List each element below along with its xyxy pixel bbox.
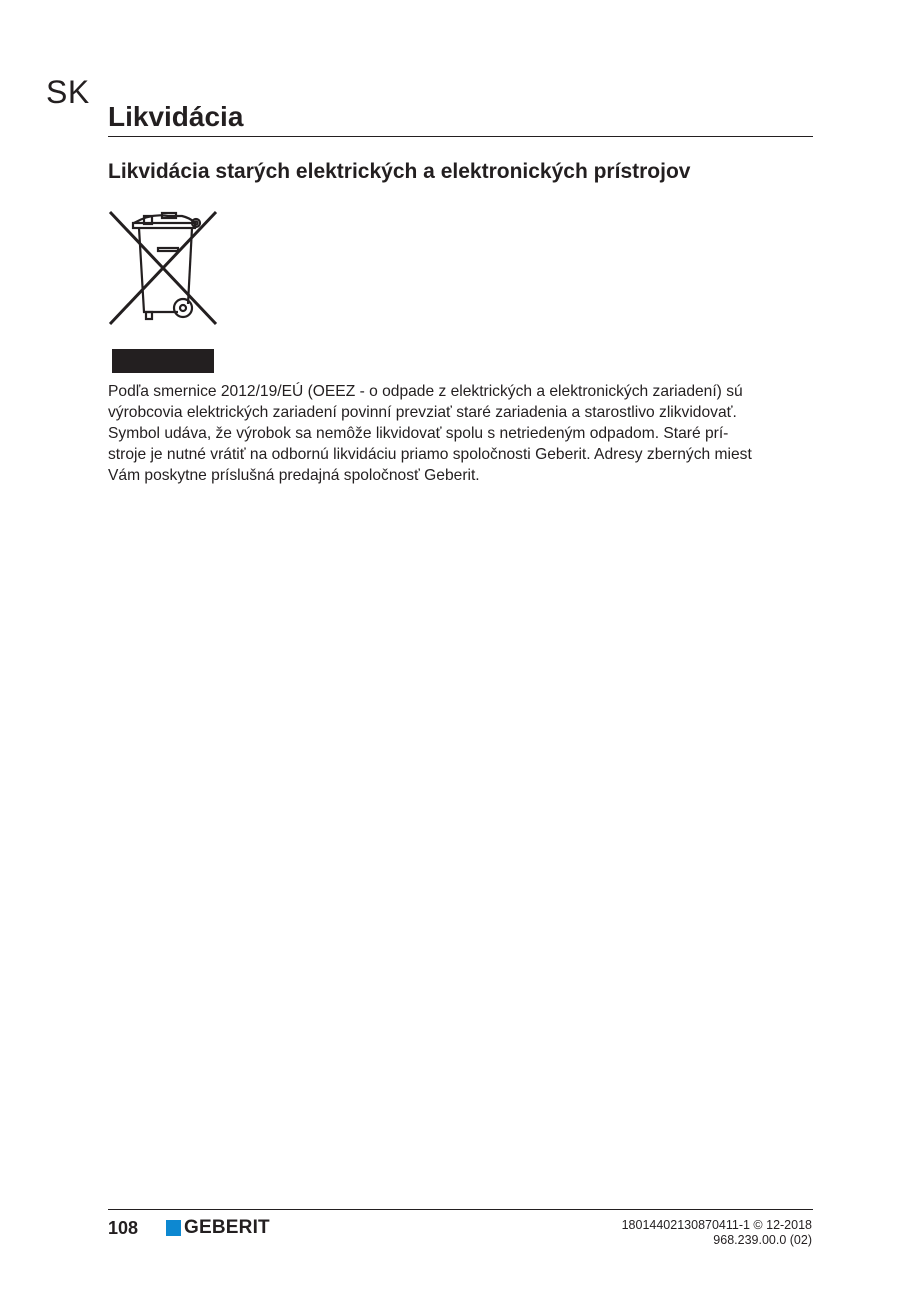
logo-square-icon [166, 1220, 181, 1236]
page-number: 108 [108, 1218, 138, 1239]
paragraph-line: Symbol udáva, že výrobok sa nemôže likvi… [108, 423, 818, 444]
language-code: SK [46, 76, 90, 108]
paragraph-line: Vám poskytne príslušná predajná spoločno… [108, 465, 818, 486]
brand-name: GEBERIT [184, 1218, 270, 1237]
footer-divider [108, 1209, 813, 1210]
section-title: Likvidácia starých elektrických a elektr… [108, 160, 690, 183]
crossed-out-wheelie-bin-icon [106, 208, 220, 330]
paragraph-line: Podľa smernice 2012/19/EÚ (OEEZ - o odpa… [108, 381, 818, 402]
weee-marking-bar [112, 349, 214, 373]
disposal-paragraph: Podľa smernice 2012/19/EÚ (OEEZ - o odpa… [108, 381, 818, 486]
document-info: 18014402130870411-1 © 12-2018 968.239.00… [622, 1218, 812, 1248]
paragraph-line: stroje je nutné vrátiť na odbornú likvid… [108, 444, 818, 465]
document-id: 18014402130870411-1 © 12-2018 [622, 1218, 812, 1233]
paragraph-line: výrobcovia elektrických zariadení povinn… [108, 402, 818, 423]
geberit-logo: GEBERIT [166, 1218, 270, 1237]
document-number: 968.239.00.0 (02) [622, 1233, 812, 1248]
title-divider [108, 136, 813, 137]
page-title: Likvidácia [108, 103, 243, 131]
